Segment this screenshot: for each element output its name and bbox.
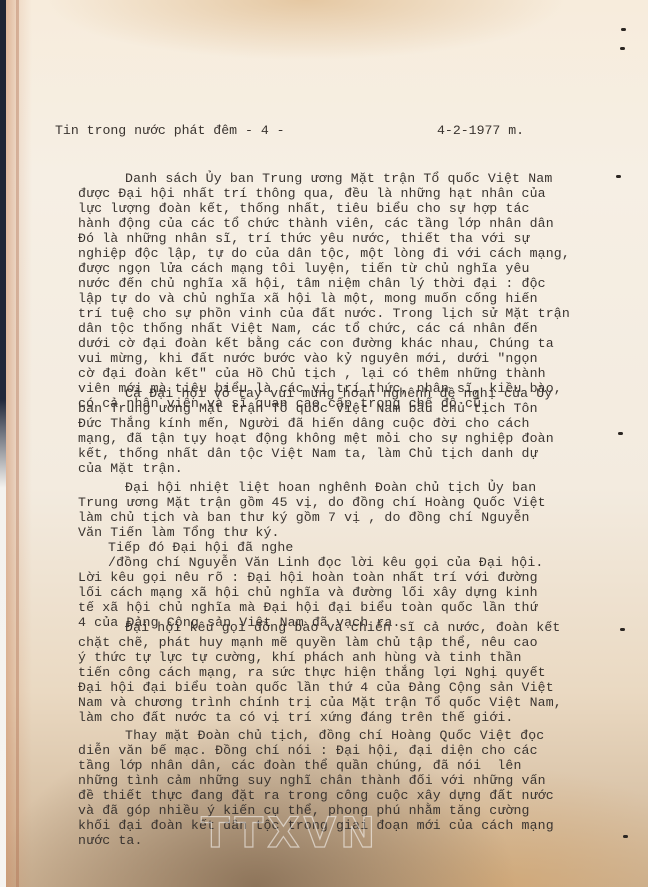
text-line: được ngọn lửa cách mạng tôi luyện, tiến … — [78, 261, 618, 276]
text-line: Đức Thắng kính mến, Người đã hiến dâng c… — [78, 416, 618, 431]
text-line: diễn văn bế mạc. Đồng chí nói : Đại hội,… — [78, 743, 618, 758]
ink-speck — [618, 432, 623, 435]
text-line: Danh sách Ủy ban Trung ương Mặt trận Tổ … — [78, 171, 618, 186]
watermark-logo: TTXVN — [201, 808, 379, 857]
text-line: tiến công cách mạng, ra sức thực hiện th… — [78, 665, 618, 680]
text-line: Đại hội nhiệt liệt hoan nghênh Đoàn chủ … — [78, 480, 618, 495]
page-header: Tin trong nước phát đêm - 4 - 4-2-1977 m… — [55, 123, 575, 139]
ink-speck — [620, 628, 625, 631]
text-line: lối cách mạng xã hội chủ nghĩa và đường … — [78, 585, 618, 600]
text-line: Đó là những nhân sĩ, trí thức yêu nước, … — [78, 231, 618, 246]
text-line: Văn Tiến làm Tổng thư ký. — [78, 525, 618, 540]
text-line: nghiệp độc lập, tự do của dân tộc, một l… — [78, 246, 618, 261]
text-line: Đại hội kêu gọi đồng bào và chiến sĩ cả … — [78, 620, 618, 635]
section-title: Tin trong nước phát đêm — [55, 123, 237, 138]
text-line: ban Trung ương Mặt trận Tổ quốc Việt Nam… — [78, 401, 618, 416]
text-line: Tiếp đó Đại hội đã nghe — [78, 540, 618, 555]
text-line: dưới cờ đại đoàn kết bằng các con đường … — [78, 336, 618, 351]
text-line: Lời kêu gọi nêu rõ : Đại hội hoàn toàn n… — [78, 570, 618, 585]
paragraph-4: Tiếp đó Đại hội đã nghe /đồng chí Nguyễn… — [78, 540, 618, 630]
text-line: những tình cảm những suy nghĩ chân thành… — [78, 773, 618, 788]
text-line: lực lượng đoàn kết, thống nhất, tiêu biể… — [78, 201, 618, 216]
ink-speck — [620, 47, 625, 50]
page-number: - 4 - — [245, 123, 285, 138]
text-line: chặt chẽ, phát huy mạnh mẽ quyền làm chủ… — [78, 635, 618, 650]
text-line: Thay mặt Đoàn chủ tịch, đồng chí Hoàng Q… — [78, 728, 618, 743]
paragraph-5: Đại hội kêu gọi đồng bào và chiến sĩ cả … — [78, 620, 618, 725]
typewritten-page: Tin trong nước phát đêm - 4 - 4-2-1977 m… — [6, 0, 648, 887]
text-line: lập tự do và chủ nghĩa xã hội là một, mo… — [78, 291, 618, 306]
text-line: vui mừng, khi đất nước bước vào kỷ nguyê… — [78, 351, 618, 366]
date: 4-2-1977 m. — [437, 123, 524, 138]
text-line: mạng, đã tận tụy hoạt động không mệt mỏi… — [78, 431, 618, 446]
ink-speck — [623, 835, 628, 838]
paragraph-1: Danh sách Ủy ban Trung ương Mặt trận Tổ … — [78, 171, 618, 411]
text-line: kết, thống nhất dân tộc Việt Nam ta, làm… — [78, 446, 618, 461]
text-line: hành động của các tổ chức thành viên, cá… — [78, 216, 618, 231]
text-line: tầng lớp nhân dân, các đoàn thể quần chú… — [78, 758, 618, 773]
paragraph-3: Đại hội nhiệt liệt hoan nghênh Đoàn chủ … — [78, 480, 618, 540]
text-line: cờ đại đoàn kết" của Hồ Chủ tịch , lại c… — [78, 366, 618, 381]
text-line: Đại hội đại biểu toàn quốc lần thứ 4 của… — [78, 680, 618, 695]
ink-speck — [621, 28, 626, 31]
text-line: của Mặt trận. — [78, 461, 618, 476]
text-line: /đồng chí Nguyễn Văn Linh đọc lời kêu gọ… — [78, 555, 618, 570]
text-line: được Đại hội nhất trí thông qua, đều là … — [78, 186, 618, 201]
text-line: đề thiết thực đang đặt ra trong công cuộ… — [78, 788, 618, 803]
text-line: ý thức tự lực tự cường, khí phách anh hù… — [78, 650, 618, 665]
text-line: dân tộc thống nhất Việt Nam, các tổ chức… — [78, 321, 618, 336]
text-line: nước đến chủ nghĩa xã hội, tâm niệm chân… — [78, 276, 618, 291]
text-line: Nam và chương trình chính trị của Mặt tr… — [78, 695, 618, 710]
text-line: tế xã hội chủ nghĩa mà Đại hội đại biểu … — [78, 600, 618, 615]
text-line: làm cho đất nước ta có vị trí xứng đáng … — [78, 710, 618, 725]
page-crease — [16, 0, 19, 887]
text-line: Cả Đại hội vỗ tay vui mừng hoan nghênh đ… — [78, 386, 618, 401]
text-line: trí tuệ cho sự phồn vinh của đất nước. T… — [78, 306, 618, 321]
text-line: làm chủ tịch và ban thư ký gồm 7 vị , do… — [78, 510, 618, 525]
ink-speck — [616, 175, 621, 178]
paragraph-2: Cả Đại hội vỗ tay vui mừng hoan nghênh đ… — [78, 386, 618, 476]
text-line: Trung ương Mặt trận gồm 45 vị, do đồng c… — [78, 495, 618, 510]
